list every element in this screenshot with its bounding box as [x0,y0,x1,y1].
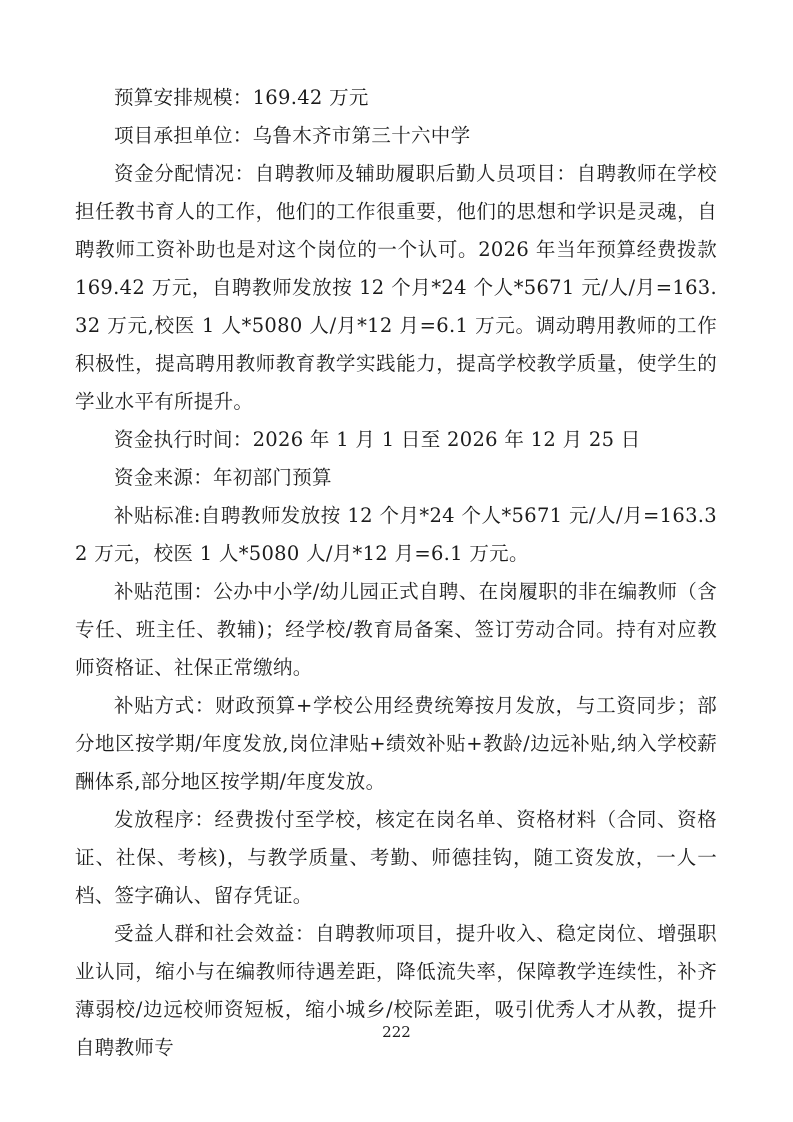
paragraph-subsidy-scope: 补贴范围：公办中小学/幼儿园正式自聘、在岗履职的非在编教师（含专任、班主任、教辅… [75,573,717,687]
document-page: 预算安排规模：169.42 万元 项目承担单位：乌鲁木齐市第三十六中学 资金分配… [0,0,793,1122]
paragraph-execution-time: 资金执行时间：2026 年 1 月 1 日至 2026 年 12 月 25 日 [75,421,717,459]
paragraph-undertaking-unit: 项目承担单位：乌鲁木齐市第三十六中学 [75,117,717,155]
paragraph-subsidy-standard: 补贴标准:自聘教师发放按 12 个月*24 个人*5671 元/人/月=163.… [75,497,717,573]
paragraph-budget-scale: 预算安排规模：169.42 万元 [75,79,717,117]
page-number: 222 [0,1022,793,1042]
paragraph-fund-source: 资金来源：年初部门预算 [75,459,717,497]
paragraph-subsidy-method: 补贴方式：财政预算+学校公用经费统筹按月发放，与工资同步；部分地区按学期/年度发… [75,687,717,801]
paragraph-fund-allocation: 资金分配情况：自聘教师及辅助履职后勤人员项目：自聘教师在学校担任教书育人的工作，… [75,155,717,421]
paragraph-beneficiaries-social-benefit: 受益人群和社会效益：自聘教师项目，提升收入、稳定岗位、增强职业认同，缩小与在编教… [75,915,717,1067]
paragraph-disbursement-procedure: 发放程序：经费拨付至学校，核定在岗名单、资格材料（合同、资格证、社保、考核)，与… [75,801,717,915]
document-body: 预算安排规模：169.42 万元 项目承担单位：乌鲁木齐市第三十六中学 资金分配… [75,79,717,1067]
